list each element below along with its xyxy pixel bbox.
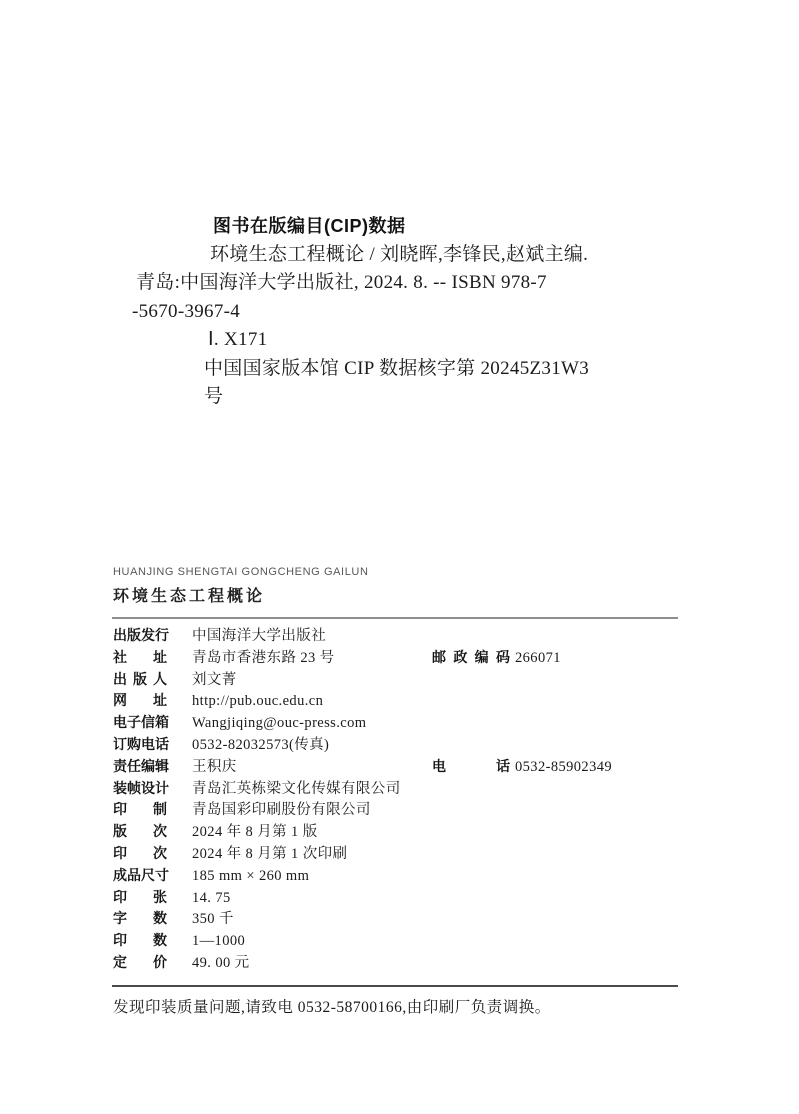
row-label-phone: 电话 <box>432 756 510 778</box>
row-value: 2024 年 8 月第 1 次印刷 <box>192 844 347 866</box>
table-row-trim-size: 成品尺寸185 mm × 260 mm <box>113 865 679 887</box>
row-value: 49. 00 元 <box>192 953 250 975</box>
colophon-table: 出版发行中国海洋大学出版社 社址青岛市香港东路 23 号 邮政编码266071 … <box>113 625 679 974</box>
row-label: 社址 <box>113 647 167 669</box>
table-row-impression: 印次2024 年 8 月第 1 次印刷 <box>113 843 679 865</box>
row-value-email: Wangjiqing@ouc-press.com <box>192 713 366 735</box>
table-row-address: 社址青岛市香港东路 23 号 邮政编码266071 <box>113 647 679 669</box>
row-value: 1—1000 <box>192 931 245 953</box>
row-value: 王积庆 <box>192 757 237 779</box>
book-title-block: HUANJING SHENGTAI GONGCHENG GAILUN 环境生态工… <box>113 566 369 606</box>
row-value: 中国海洋大学出版社 <box>192 626 326 648</box>
row-label: 印次 <box>113 843 167 865</box>
row-value: 14. 75 <box>192 888 231 910</box>
cip-line-isbn-continued: -5670-3967-4 <box>132 298 602 327</box>
cip-block: 图书在版编目(CIP)数据 环境生态工程概论 / 刘晓晖,李锋民,赵斌主编. 青… <box>132 212 602 412</box>
row-label: 出版发行 <box>113 625 167 647</box>
cip-line-title-authors: 环境生态工程概论 / 刘晓晖,李锋民,赵斌主编. <box>210 241 602 270</box>
row-value-postcode: 266071 <box>515 648 561 670</box>
row-value: 185 mm × 260 mm <box>192 866 309 888</box>
row-value: 青岛汇英栋梁文化传媒有限公司 <box>192 779 401 801</box>
table-row-publisher-person: 出版人刘文菁 <box>113 669 679 691</box>
row-value-url: http://pub.ouc.edu.cn <box>192 691 323 713</box>
table-row-price: 定价49. 00 元 <box>113 952 679 974</box>
row-label: 电子信箱 <box>113 712 167 734</box>
row-label: 订购电话 <box>113 734 167 756</box>
table-row-print-run: 印数1—1000 <box>113 930 679 952</box>
row-label: 定价 <box>113 952 167 974</box>
title-pinyin: HUANJING SHENGTAI GONGCHENG GAILUN <box>113 566 369 578</box>
row-label: 印制 <box>113 799 167 821</box>
divider-bottom <box>112 985 678 987</box>
divider-top <box>112 617 678 619</box>
cip-line-classification: Ⅰ. X171 <box>208 326 602 355</box>
row-label: 成品尺寸 <box>113 865 167 887</box>
row-label: 出版人 <box>113 669 167 691</box>
row-value: 350 千 <box>192 909 234 931</box>
table-row-word-count: 字数350 千 <box>113 908 679 930</box>
copyright-page: 图书在版编目(CIP)数据 环境生态工程概论 / 刘晓晖,李锋民,赵斌主编. 青… <box>0 0 799 1114</box>
row-label: 责任编辑 <box>113 756 167 778</box>
page-title: 环境生态工程概论 <box>113 583 369 606</box>
table-row-edition: 版次2024 年 8 月第 1 版 <box>113 821 679 843</box>
cip-heading: 图书在版编目(CIP)数据 <box>213 212 602 241</box>
table-row-website: 网址http://pub.ouc.edu.cn <box>113 690 679 712</box>
row-label: 印数 <box>113 930 167 952</box>
table-row-sheets: 印张14. 75 <box>113 887 679 909</box>
row-value-phone: 0532-85902349 <box>515 757 612 779</box>
row-label: 字数 <box>113 908 167 930</box>
row-secondary: 电话0532-85902349 <box>432 756 612 779</box>
row-label: 印张 <box>113 887 167 909</box>
row-label: 版次 <box>113 821 167 843</box>
cip-line-publisher-isbn: 青岛:中国海洋大学出版社, 2024. 8. -- ISBN 978-7 <box>136 269 602 298</box>
row-value: 刘文菁 <box>192 670 237 692</box>
row-value: 0532-82032573(传真) <box>192 735 329 757</box>
row-value: 2024 年 8 月第 1 版 <box>192 822 318 844</box>
table-row-design: 装帧设计青岛汇英栋梁文化传媒有限公司 <box>113 778 679 800</box>
row-value: 青岛国彩印刷股份有限公司 <box>192 800 371 822</box>
row-label: 网址 <box>113 690 167 712</box>
cip-line-record-number: 中国国家版本馆 CIP 数据核字第 20245Z31W3 号 <box>204 355 602 412</box>
table-row-publisher: 出版发行中国海洋大学出版社 <box>113 625 679 647</box>
quality-note: 发现印装质量问题,请致电 0532-58700166,由印刷厂负责调换。 <box>113 995 551 1017</box>
row-value: 青岛市香港东路 23 号 <box>192 648 335 670</box>
table-row-order-phone: 订购电话0532-82032573(传真) <box>113 734 679 756</box>
table-row-email: 电子信箱Wangjiqing@ouc-press.com <box>113 712 679 734</box>
table-row-printer: 印制青岛国彩印刷股份有限公司 <box>113 799 679 821</box>
row-secondary: 邮政编码266071 <box>432 647 561 670</box>
row-label: 装帧设计 <box>113 778 167 800</box>
table-row-editor: 责任编辑王积庆 电话0532-85902349 <box>113 756 679 778</box>
row-label-postcode: 邮政编码 <box>432 647 510 669</box>
